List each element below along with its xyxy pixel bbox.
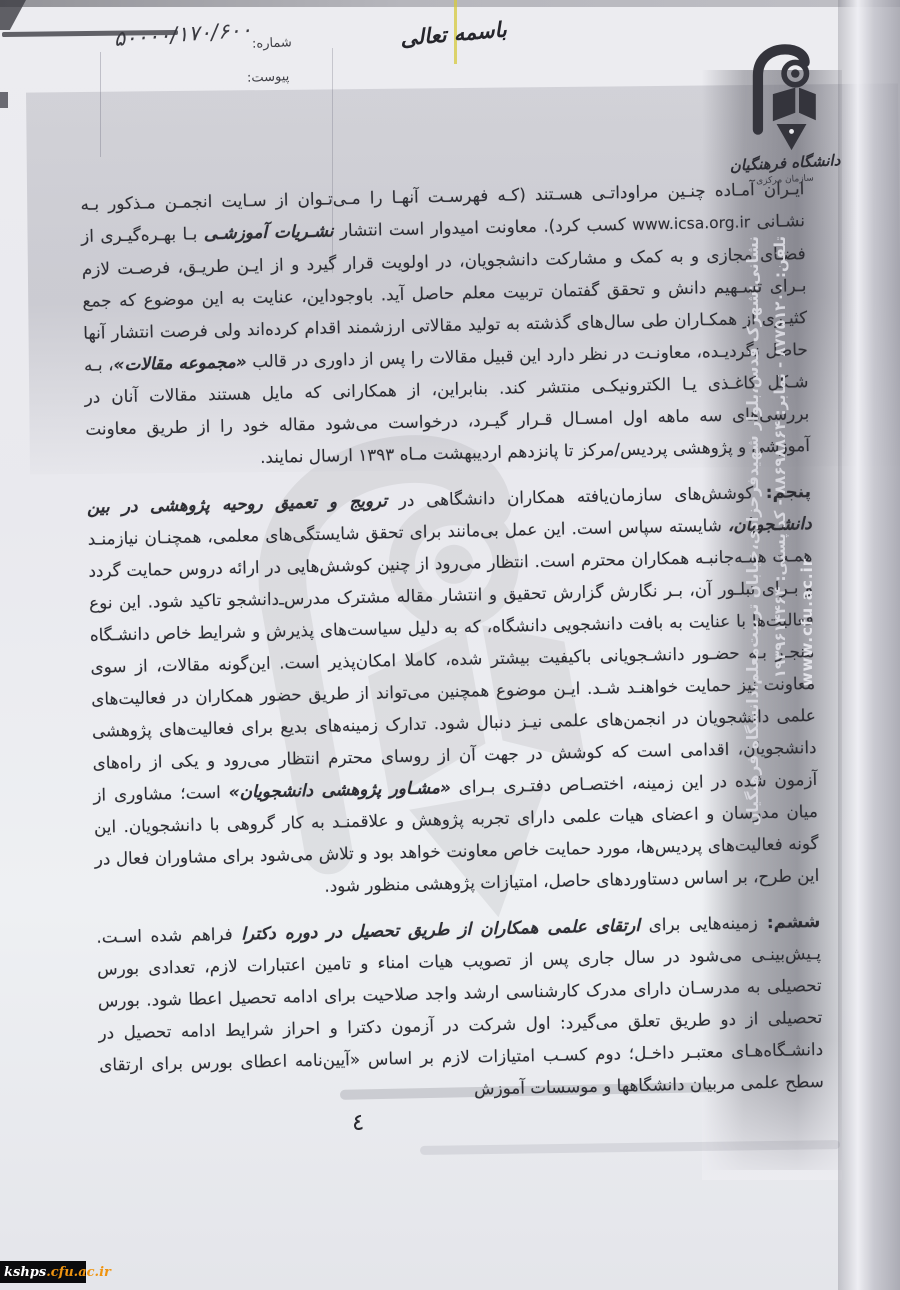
attachment-label: پیوست: [247, 69, 290, 85]
scan-corner-mark [0, 0, 26, 30]
address-line: نشانی:شهرک قدس،بلوار شهیدفرحزادی،خیابان … [740, 236, 767, 1008]
text-segment: شایسته سپاس است. این عمل بی‌مانند برای ت… [88, 515, 818, 797]
text-segment: است؛ مشاوری از میان مدرسان و اعضای هیات … [93, 782, 819, 896]
phone-fax-postal-line: تلفن: ۸۷۷۵۱۲۰۰ - نمابر: ۸۸۶۹۸۸۶۴ - کد پس… [767, 236, 794, 1008]
text-segment: «مجموعه مقالات» [113, 351, 246, 374]
text-segment: «مشـاور پژوهشی دانشجویان» [229, 777, 451, 802]
scan-top-edge [0, 0, 900, 7]
text-segment: کسب کرد). معاونت امیدوار است انتشار [333, 214, 632, 241]
text-segment: کوشش‌های سازمان‌یافته همکاران دانشگاهی د… [387, 482, 754, 510]
site-watermark-suffix: .cfu.ac.ir [46, 1265, 111, 1280]
site-watermark: kshps.cfu.ac.ir [0, 1261, 86, 1283]
scanned-letter-page: ۵۰۰۰۰/۱۷۰/۶۰۰ شماره: پیوست: باسمه تعالی … [0, 0, 900, 1290]
letter-body: ایـران آمـاده چنـین مراوداتـی هسـتند (کـ… [80, 172, 824, 1127]
text-segment: www.icsa.org.ir [632, 213, 750, 234]
letterhead-contact-info: نشانی:شهرک قدس،بلوار شهیدفرحزادی،خیابان … [740, 236, 824, 1008]
text-segment: ارتقای علمی همکاران از طریق تحصیل در دور… [241, 915, 640, 944]
scan-fold-line [100, 52, 101, 157]
bismillah-text: باسمه تعالی [399, 17, 508, 50]
university-emblem-icon [742, 40, 828, 152]
scan-smudge [420, 1140, 840, 1155]
page-number: ٤ [352, 1110, 364, 1136]
scan-page-edge [838, 0, 900, 1290]
body-paragraph: ایـران آمـاده چنـین مراوداتـی هسـتند (کـ… [80, 172, 810, 477]
scan-edge-mark [0, 92, 8, 108]
body-paragraph: ششم: زمینه‌هایی برای ارتقای علمی همکاران… [96, 905, 824, 1113]
site-watermark-prefix: kshps [4, 1265, 46, 1280]
university-logo: دانشگاه فرهنگیان سازمان مرکزی [722, 40, 848, 185]
letter-number-label: شماره: [252, 35, 292, 51]
website-url: www.cfu.ac.ir [794, 236, 820, 1008]
letter-number-value: ۵۰۰۰۰/۱۷۰/۶۰۰ [61, 17, 252, 54]
text-segment: فراهم شده اسـت. پـیش‌بینـی می‌شود در سال… [96, 924, 824, 1099]
text-segment: بـا بهـره‌گیـری از فضـای مجازی و به کمک … [81, 223, 808, 371]
body-paragraph: پنجم: کوشش‌های سازمان‌یافته همکاران دانش… [87, 475, 820, 907]
text-segment: نشـریات آموزشـی [203, 220, 333, 243]
